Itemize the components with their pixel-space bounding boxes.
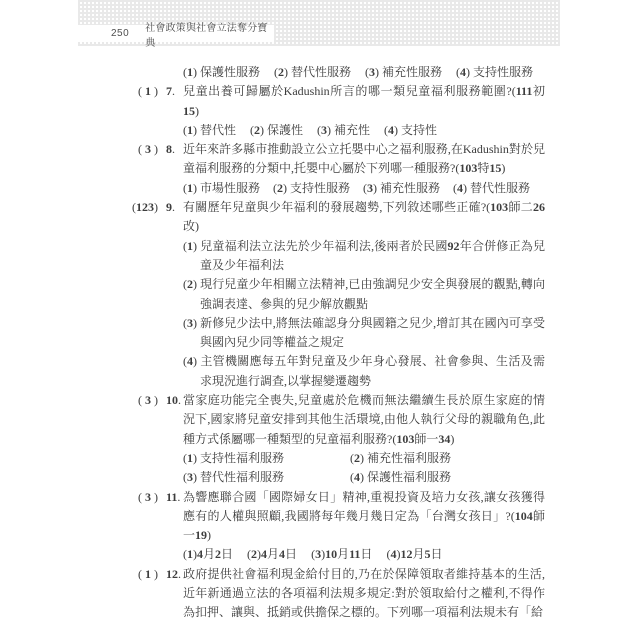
question-stem: 兒童出養可歸屬於Kadushin所言的哪一類兒童福利服務範圍?(111初15) [183,82,545,121]
answer-marker: ( 1 ) [120,565,158,623]
question-content: 有關歷年兒童與少年福利的發展趨勢,下列敘述哪些正確?(103師二26改) (1)… [183,198,545,391]
question-item-12: ( 1 ) 12. 政府提供社會福利現金給付目的,乃在於保障領取者維持基本的生活… [120,565,560,623]
question-list: (1) 保護性服務 (2) 替代性服務 (3) 補充性服務 (4) 支持性服務 … [120,63,560,623]
option-item: (4) 支持性 [384,121,437,140]
option-item: (3) 補充性服務 [365,63,442,82]
intro-options-row: (1) 保護性服務 (2) 替代性服務 (3) 補充性服務 (4) 支持性服務 [120,63,560,82]
answer-marker: ( 1 ) [120,82,158,140]
question-number [158,63,183,82]
question-content: 近年來許多縣市推動設立公立托嬰中心之福利服務,在Kadushin對於兒童福利服務… [183,140,545,198]
question-item-7: ( 1 ) 7. 兒童出養可歸屬於Kadushin所言的哪一類兒童福利服務範圍?… [120,82,560,140]
options-block: (1) 兒童福利法立法先於少年福利法,後兩者於民國92年合併修正為兒童及少年福利… [183,237,545,391]
option-item: (3)10月11日 [311,545,372,564]
answer-marker: (123) [120,198,158,391]
option-item: (1) 替代性 [183,121,236,140]
question-number: 7. [158,82,183,140]
question-number: 8. [158,140,183,198]
option-item: (2) 支持性服務 [273,179,350,198]
option-item: (4) 替代性服務 [453,179,530,198]
option-item: (1) 兒童福利法立法先於少年福利法,後兩者於民國92年合併修正為兒童及少年福利… [183,237,545,276]
option-item: (2)4月4日 [247,545,297,564]
question-stem: 政府提供社會福利現金給付目的,乃在於保障領取者維持基本的生活,近年新通過立法的各… [183,565,545,623]
question-item-8: ( 3 ) 8. 近年來許多縣市推動設立公立托嬰中心之福利服務,在Kadushi… [120,140,560,198]
options-two-column: (1) 支持性福利服務 (2) 補充性福利服務 (3) 替代性福利服務 (4) … [183,449,545,488]
options-inline: (1)4月2日 (2)4月4日 (3)10月11日 (4)12月5日 [183,545,545,564]
book-page: { "header": { "page_number": "250", "boo… [0,0,640,640]
option-item: (2) 替代性服務 [274,63,351,82]
option-item: (3) 補充性 [317,121,370,140]
options-inline: (1) 保護性服務 (2) 替代性服務 (3) 補充性服務 (4) 支持性服務 [183,63,545,82]
answer-marker: ( 3 ) [120,391,158,487]
option-item: (2) 補充性福利服務 [350,449,545,468]
question-number: 11. [158,488,183,565]
option-item: (1) 支持性福利服務 [183,449,350,468]
option-item: (3) 新修兒少法中,將無法確認身分與國籍之兒少,增訂其在國內可享受與國內兒少同… [183,314,545,353]
question-stem: 為響應聯合國「國際婦女日」精神,重視投資及培力女孩,讓女孩獲得應有的人權與照顧,… [183,488,545,546]
question-stem: 當家庭功能完全喪失,兒童處於危機而無法繼續生長於原生家庭的情況下,國家將兒童安排… [183,391,545,449]
option-item: (1) 保護性服務 [183,63,260,82]
option-item: (4) 支持性服務 [456,63,533,82]
question-stem: 近年來許多縣市推動設立公立托嬰中心之福利服務,在Kadushin對於兒童福利服務… [183,140,545,179]
answer-marker: ( 3 ) [120,140,158,198]
options-inline: (1) 市場性服務 (2) 支持性服務 (3) 補充性服務 (4) 替代性服務 [183,179,545,198]
option-item: (3) 替代性福利服務 [183,468,350,487]
question-stem: 有關歷年兒童與少年福利的發展趨勢,下列敘述哪些正確?(103師二26改) [183,198,545,237]
question-content: 為響應聯合國「國際婦女日」精神,重視投資及培力女孩,讓女孩獲得應有的人權與照顧,… [183,488,545,565]
answer-marker: ( 3 ) [120,488,158,565]
option-item: (4) 主管機關應每五年對兒童及少年身心發展、社會參與、生活及需求現況進行調查,… [183,352,545,391]
book-title: 社會政策與社會立法奪分寶典 [145,19,274,49]
question-item-10: ( 3 ) 10. 當家庭功能完全喪失,兒童處於危機而無法繼續生長於原生家庭的情… [120,391,560,487]
question-content: 當家庭功能完全喪失,兒童處於危機而無法繼續生長於原生家庭的情況下,國家將兒童安排… [183,391,545,487]
option-item: (4)12月5日 [386,545,442,564]
option-item: (3) 補充性服務 [363,179,440,198]
option-item: (2) 保護性 [250,121,303,140]
option-item: (1) 市場性服務 [183,179,260,198]
option-item: (4) 保護性福利服務 [350,468,545,487]
options-inline: (1) 替代性 (2) 保護性 (3) 補充性 (4) 支持性 [183,121,545,140]
page-number: 250 [111,28,129,39]
page-header: 250 社會政策與社會立法奪分寶典 [78,25,274,42]
option-item: (1)4月2日 [183,545,233,564]
question-content: 政府提供社會福利現金給付目的,乃在於保障領取者維持基本的生活,近年新通過立法的各… [183,565,545,623]
option-item: (2) 現行兒童少年相關立法精神,已由強調兒少安全與發展的觀點,轉向強調表達、參… [183,275,545,314]
question-number: 12. [158,565,183,623]
question-item-11: ( 3 ) 11. 為響應聯合國「國際婦女日」精神,重視投資及培力女孩,讓女孩獲… [120,488,560,565]
question-number: 10. [158,391,183,487]
question-content: 兒童出養可歸屬於Kadushin所言的哪一類兒童福利服務範圍?(111初15) … [183,82,545,140]
question-number: 9. [158,198,183,391]
answer-marker [120,63,158,82]
question-item-9: (123) 9. 有關歷年兒童與少年福利的發展趨勢,下列敘述哪些正確?(103師… [120,198,560,391]
